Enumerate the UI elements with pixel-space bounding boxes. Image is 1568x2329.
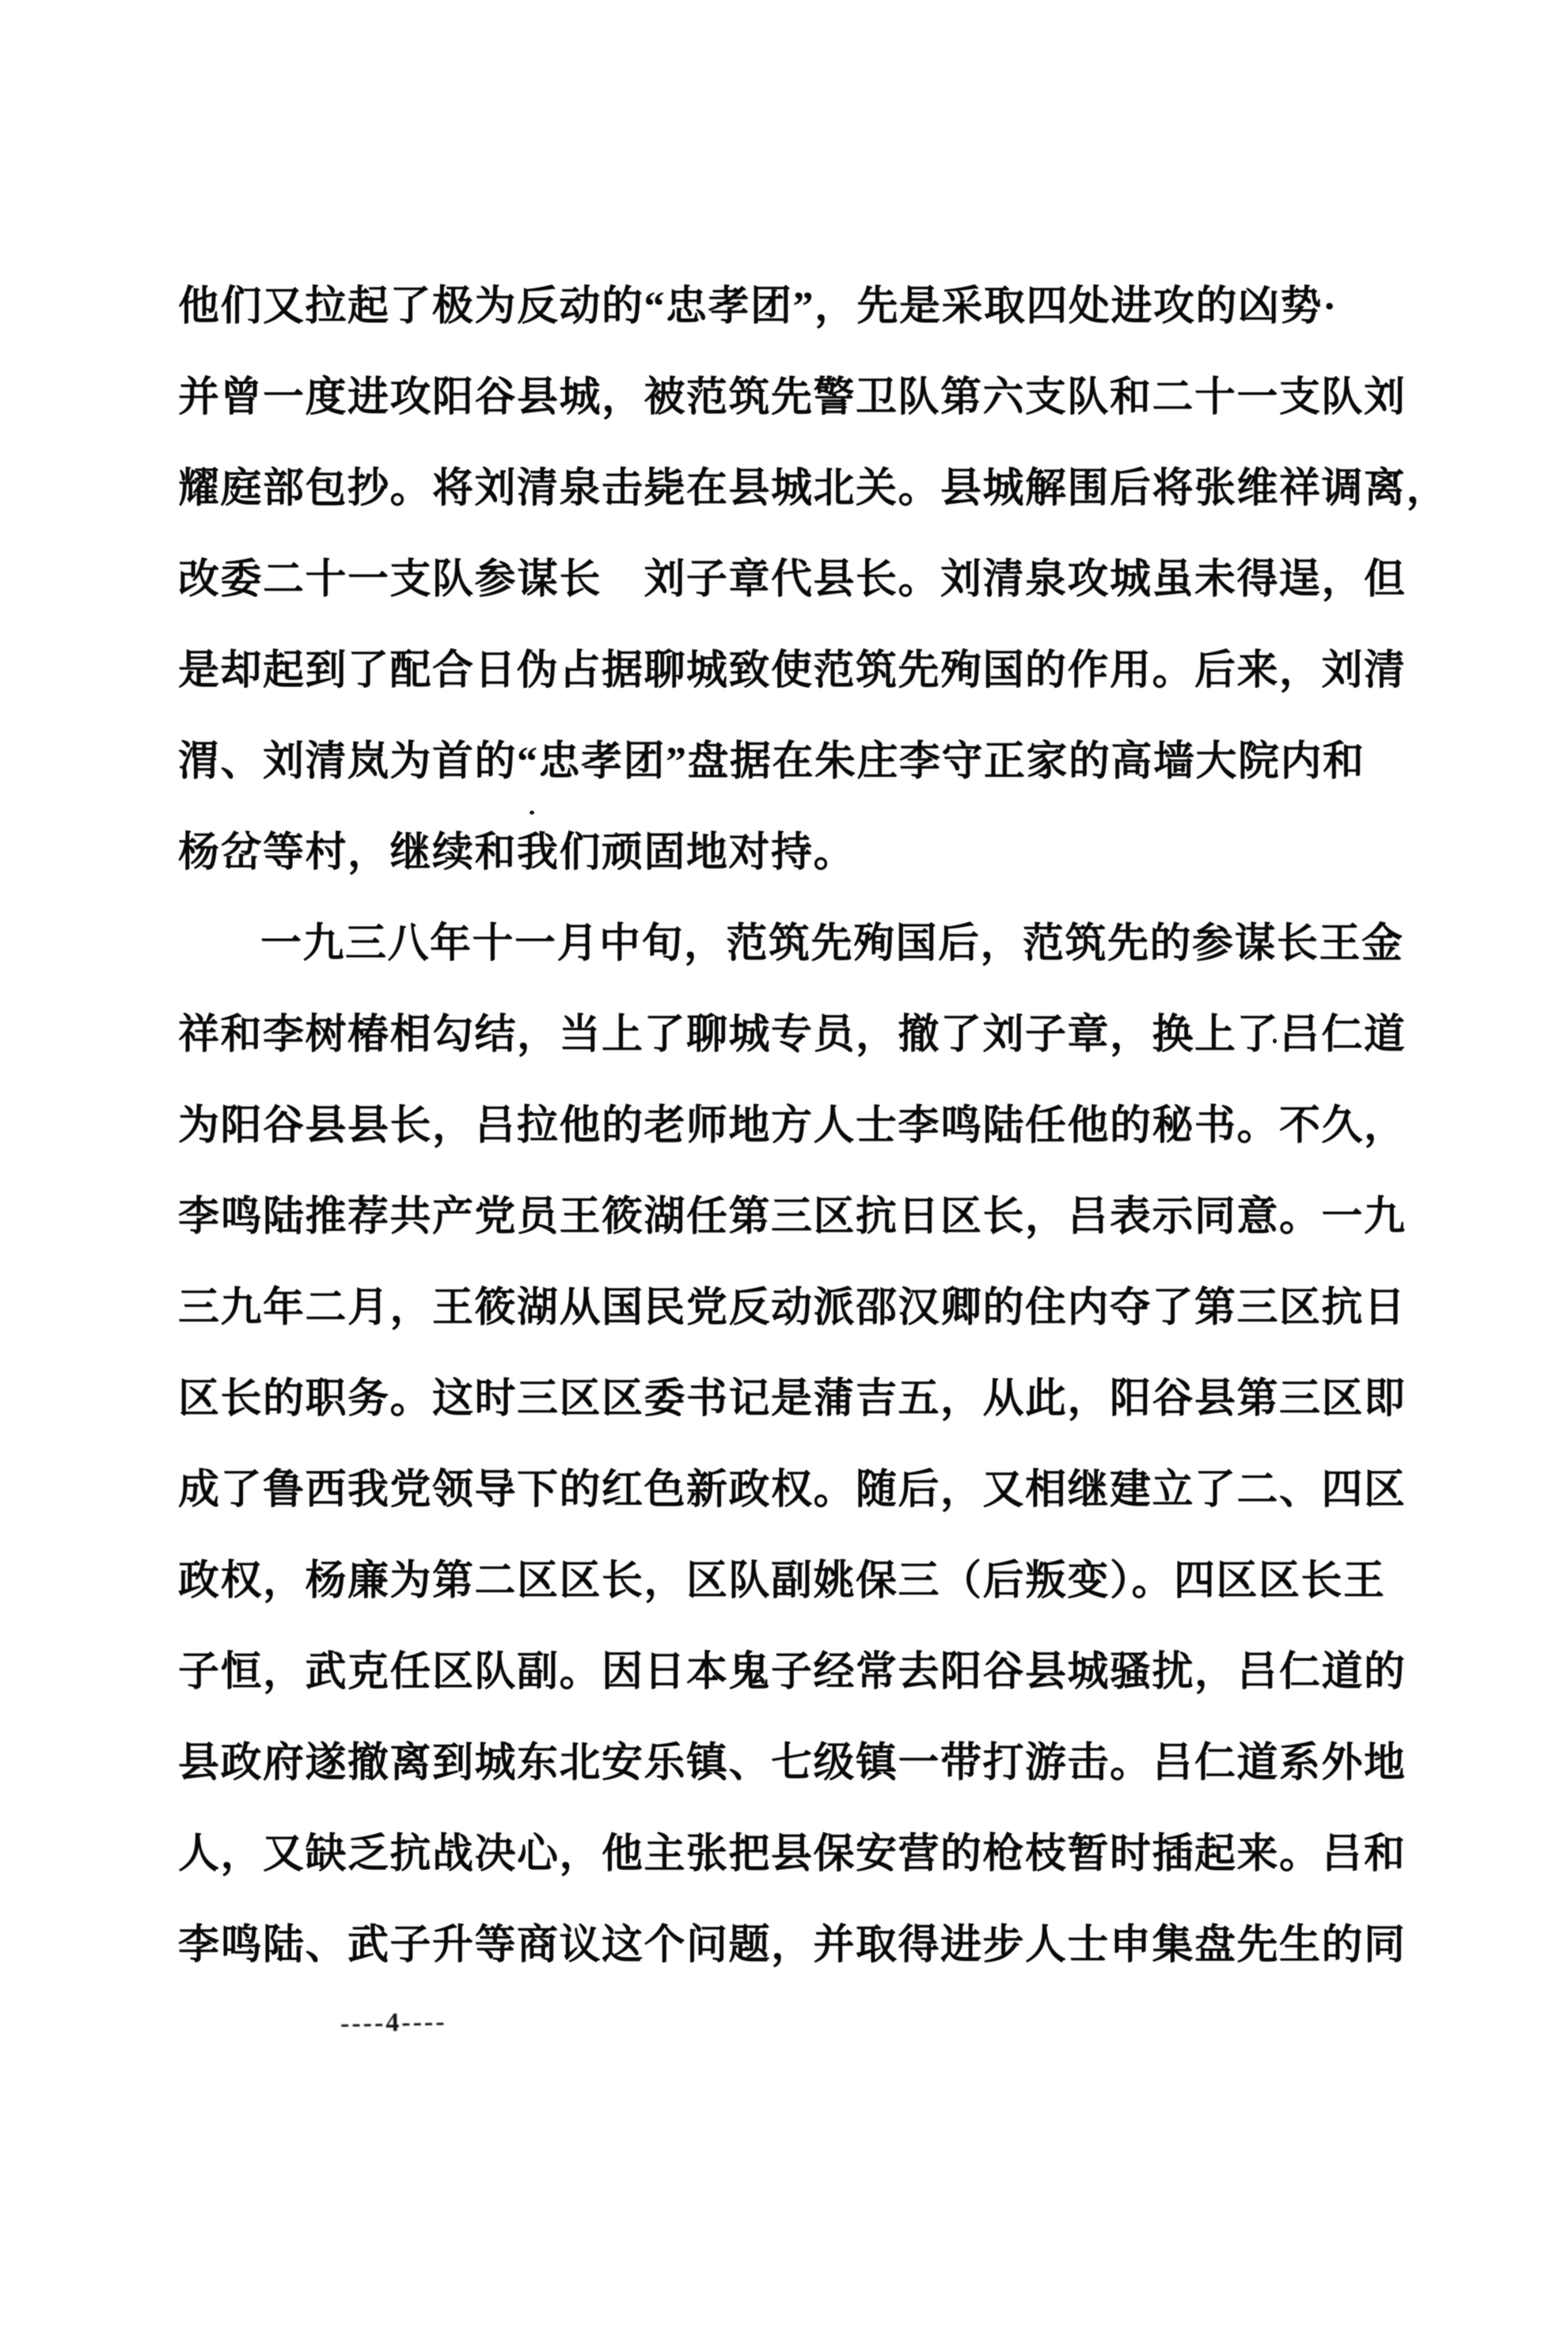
text-line: 为阳谷县县长，吕拉他的老师地方人士李鸣陆任他的秘书。不久， — [178, 1087, 1413, 1178]
text-line: 子恒，武克任区队副。因日本鬼子经常去阳谷县城骚扰，吕仁道的 — [178, 1633, 1413, 1724]
text-line: 杨岔等村，继续和我们顽固地对持。 — [178, 814, 1413, 905]
text-line: 成了鲁西我党领导下的红色新政权。随后，又相继建立了二、四区 — [178, 1451, 1413, 1542]
text-line: 李鸣陆、武子升等商议这个问题，并取得进步人士申集盘先生的同 — [178, 1906, 1413, 1997]
scan-speck — [530, 811, 534, 815]
text-line: 耀庭部包抄。将刘清泉击毙在县城北关。县城解围后将张维祥调离， — [178, 450, 1413, 541]
text-line: 区长的职务。这时三区区委书记是蒲吉五，从此，阳谷县第三区即 — [178, 1360, 1413, 1451]
text-line: 政权，杨廉为第二区区长，区队副姚保三（后叛变）。四区区长王 — [178, 1542, 1413, 1633]
text-line: 人，又缺乏抗战决心，他主张把县保安营的枪枝暂时插起来。吕和 — [178, 1815, 1413, 1906]
document-body: 他们又拉起了极为反动的“忠孝团”，先是采取四处进攻的凶势· 并曾一度进攻阳谷县城… — [178, 268, 1413, 1997]
text-line: 渭、刘清岚为首的“忠孝团”盘据在朱庄李守正家的高墙大院内和 — [178, 723, 1413, 814]
text-line: 是却起到了配合日伪占据聊城致使范筑先殉国的作用。后来，刘清 — [178, 632, 1413, 723]
text-line: 李鸣陆推荐共产党员王筱湖任第三区抗日区长，吕表示同意。一九 — [178, 1178, 1413, 1269]
scanned-page: 他们又拉起了极为反动的“忠孝团”，先是采取四处进攻的凶势· 并曾一度进攻阳谷县城… — [0, 0, 1568, 2329]
text-line: 他们又拉起了极为反动的“忠孝团”，先是采取四处进攻的凶势· — [178, 268, 1413, 359]
scan-speck — [1273, 1039, 1277, 1043]
paragraph-2: 一九三八年十一月中旬，范筑先殉国后，范筑先的参谋长王金 祥和李树椿相勾结，当上了… — [178, 905, 1413, 1997]
text-line: 祥和李树椿相勾结，当上了聊城专员，撤了刘子章，换上了吕仁道 — [178, 996, 1413, 1087]
text-line: 三九年二月，王筱湖从国民党反动派邵汉卿的住内夺了第三区抗日 — [178, 1269, 1413, 1360]
text-line: 县政府遂撤离到城东北安乐镇、七级镇一带打游击。吕仁道系外地 — [178, 1724, 1413, 1815]
text-line: 改委二十一支队参谋长 刘子章代县长。刘清泉攻城虽未得逞，但 — [178, 541, 1413, 632]
page-number: ----4---- — [340, 2006, 499, 2038]
text-line: 一九三八年十一月中旬，范筑先殉国后，范筑先的参谋长王金 — [178, 905, 1413, 996]
text-line: 并曾一度进攻阳谷县城，被范筑先警卫队第六支队和二十一支队刘 — [178, 359, 1413, 450]
paragraph-1: 他们又拉起了极为反动的“忠孝团”，先是采取四处进攻的凶势· 并曾一度进攻阳谷县城… — [178, 268, 1413, 905]
